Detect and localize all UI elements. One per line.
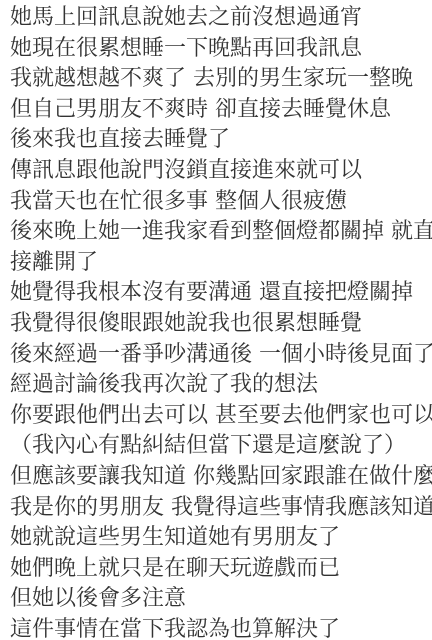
- text-line: 接離開了: [10, 248, 432, 279]
- text-line: 我覺得很傻眼跟她說我也很累想睡覺: [10, 309, 432, 340]
- text-line: 她們晚上就只是在聊天玩遊戲而已: [10, 554, 432, 585]
- text-line: 但她以後會多注意: [10, 584, 432, 615]
- text-line: 她現在很累想睡一下晚點再回我訊息: [10, 34, 432, 65]
- text-line: 我是你的男朋友 我覺得這些事情我應該知道: [10, 493, 432, 524]
- text-line: 她覺得我根本沒有要溝通 還直接把燈關掉: [10, 278, 432, 309]
- text-line: 後來晚上她一進我家看到整個燈都關掉 就直: [10, 217, 432, 248]
- text-line: （我內心有點糾結但當下還是這麼說了）: [10, 431, 432, 462]
- text-line: 但自己男朋友不爽時 卻直接去睡覺休息: [10, 95, 432, 126]
- text-line: 傳訊息跟他說門沒鎖直接進來就可以: [10, 156, 432, 187]
- text-line: 後來經過一番爭吵溝通後 一個小時後見面了: [10, 340, 432, 371]
- text-line: 這件事情在當下我認為也算解決了: [10, 615, 432, 640]
- text-line: 你要跟他們出去可以 甚至要去他們家也可以: [10, 401, 432, 432]
- text-line: 我當天也在忙很多事 整個人很疲憊: [10, 187, 432, 218]
- text-line: 但應該要讓我知道 你幾點回家跟誰在做什麼: [10, 462, 432, 493]
- text-line: 她馬上回訊息說她去之前沒想過通宵: [10, 3, 432, 34]
- text-line: 後來我也直接去睡覺了: [10, 125, 432, 156]
- text-line: 我就越想越不爽了 去別的男生家玩一整晚: [10, 64, 432, 95]
- text-document: 她馬上回訊息說她去之前沒想過通宵 她現在很累想睡一下晚點再回我訊息 我就越想越不…: [10, 3, 432, 640]
- text-line: 她就說這些男生知道她有男朋友了: [10, 523, 432, 554]
- text-line: 經過討論後我再次說了我的想法: [10, 370, 432, 401]
